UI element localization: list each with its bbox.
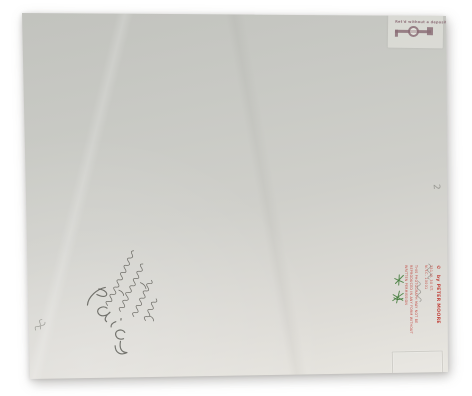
stamp-warning-line: THIS PHOTOGRAPH MAY NOT BE <box>413 265 418 352</box>
photographer-name: by PETER MOORE <box>435 275 440 324</box>
paper-sheet: Ret'd without a deposit 2 <box>0 0 472 396</box>
deposit-stamp-text: Ret'd without a deposit <box>395 20 447 25</box>
label-impression <box>392 350 444 379</box>
key-icon <box>427 27 433 35</box>
green-ink-mark <box>392 273 406 287</box>
copyright-symbol: © <box>435 265 440 270</box>
pencil-number-note <box>413 280 424 303</box>
paper-shadow-wrap: Ret'd without a deposit 2 <box>0 0 472 396</box>
copyright-stamp-name-line: © by PETER MOORE <box>433 265 440 352</box>
stamp-warning-line: REPRODUCED IN ANY FORM WITHOUT <box>408 265 413 352</box>
green-ink-mark <box>391 290 406 305</box>
deposit-sticker: Ret'd without a deposit <box>388 13 443 49</box>
copyright-stamp: © by PETER MOORE 351 W. 30 ST. N.Y.C. 10… <box>403 265 440 352</box>
pencil-year-note <box>424 263 433 280</box>
pencil-page-number: 2 <box>431 184 441 190</box>
paper-highlight <box>0 0 472 396</box>
photo-of-print-verso: Ret'd without a deposit 2 <box>0 0 472 396</box>
key-icon <box>408 26 419 37</box>
